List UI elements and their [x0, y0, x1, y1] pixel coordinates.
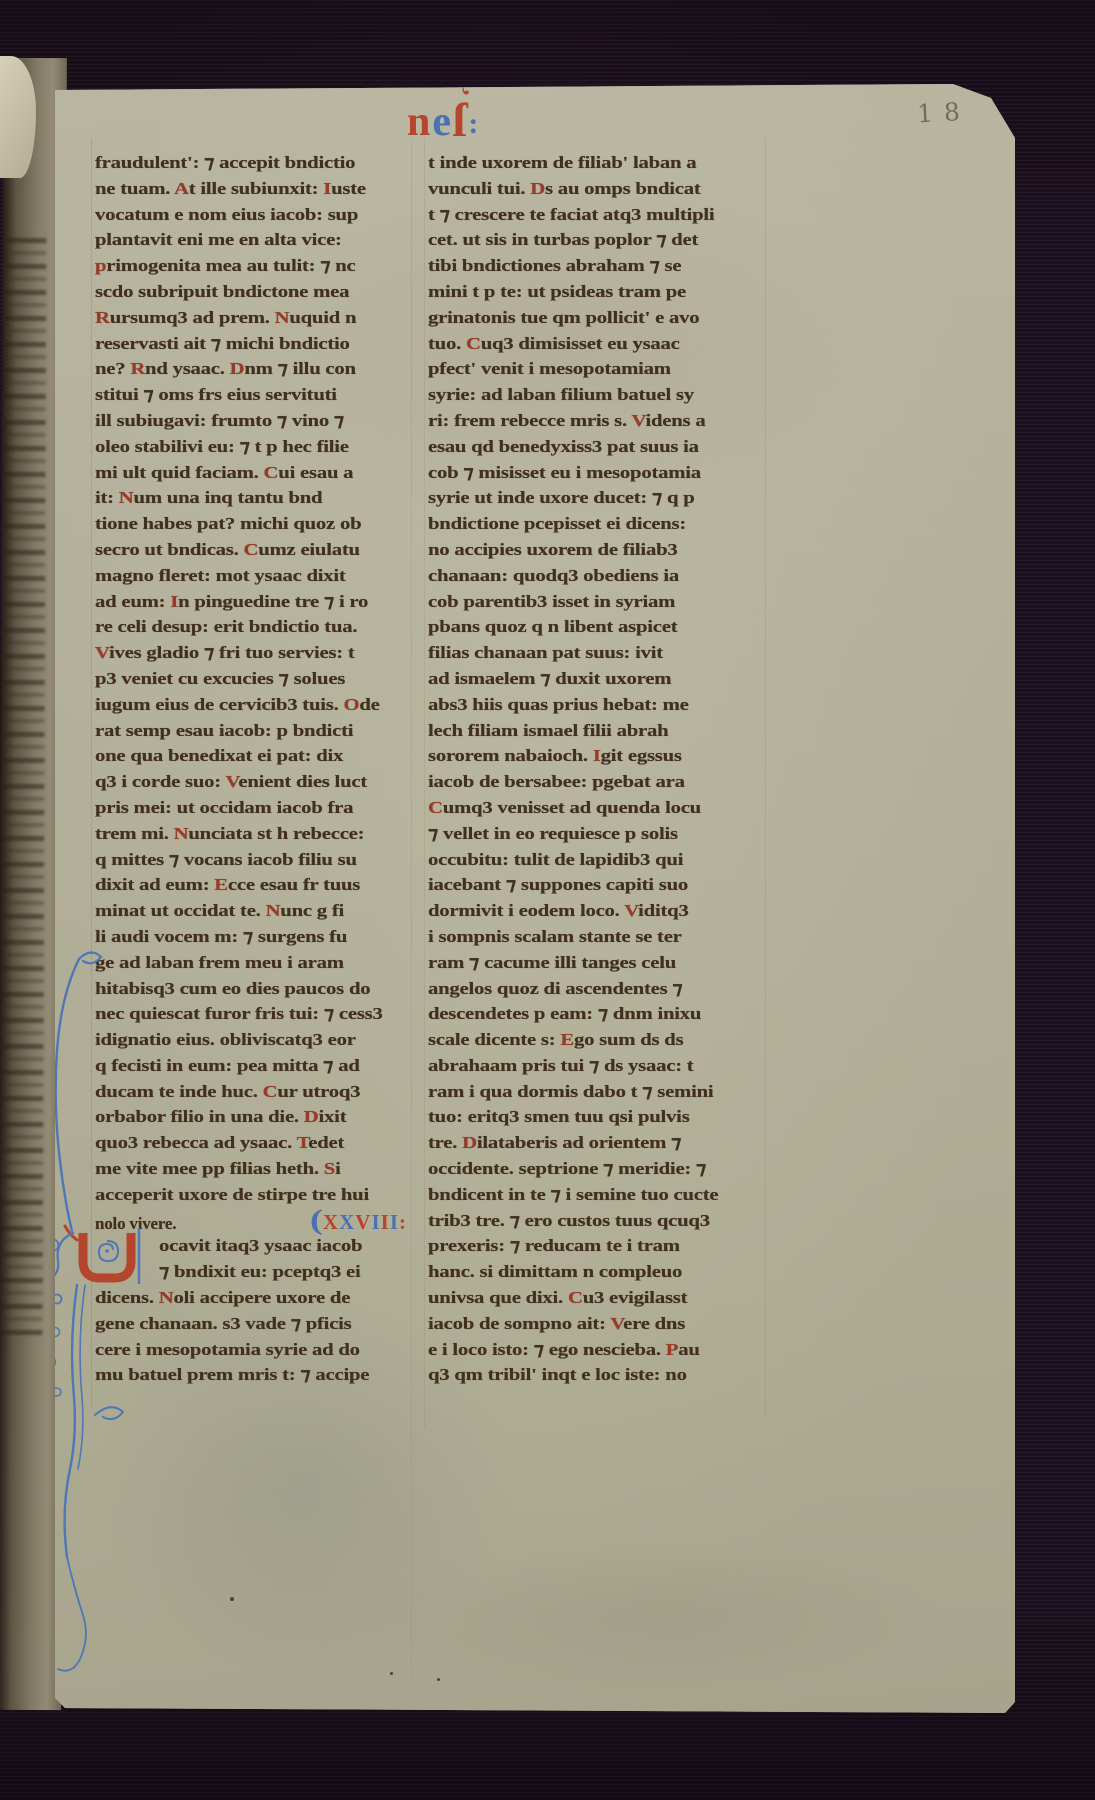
text-line: re celi desup: erit bndictio tua. [95, 614, 407, 640]
rubric-numeral-letter: I [381, 1210, 390, 1236]
text-line: filias chanaan pat suus: ivit [428, 640, 762, 666]
rubricated-versal: E [214, 875, 228, 894]
text-line: hanc. si dimittam n compleuo [428, 1259, 762, 1285]
text-line: scdo subripuit bndictone mea [95, 279, 407, 305]
text-line: angelos quoz di ascendentes ⁊ [428, 976, 762, 1002]
rubricated-versal: S [324, 1159, 335, 1178]
text-line: no accipies uxorem de filiab3 [428, 537, 762, 563]
text-line: trem mi. Nunciata st h rebecce: [95, 821, 407, 847]
ruling-line-gutter2 [424, 138, 425, 1428]
text-line: iacob de sompno ait: Vere dns [428, 1311, 762, 1337]
text-line: ad ismaelem ⁊ duxit uxorem [428, 666, 762, 692]
ink-speck [390, 1672, 393, 1675]
text-line: secro ut bndicas. Cumz eiulatu [95, 537, 407, 563]
text-line: e i loco isto: ⁊ ego nescieba. Pau [428, 1337, 762, 1363]
text-line: esau qd benedyxiss3 pat suus ia [428, 434, 762, 460]
ink-speck [437, 1678, 440, 1681]
text-line: ad eum: In pinguedine tre ⁊ i ro [95, 589, 407, 615]
running-title: neſ:’ [407, 90, 478, 142]
text-line: iugum eius de cervicib3 tuis. Ode [95, 692, 407, 718]
rubricated-versal: D [530, 179, 545, 198]
ruling-line-gutter [411, 138, 412, 1678]
rubricated-versal: C [243, 540, 258, 559]
rubricated-versal: T [297, 1133, 309, 1152]
text-line: t inde uxorem de filiab' laban a [428, 150, 762, 176]
text-line: tre. Dilataberis ad orientem ⁊ [428, 1130, 762, 1156]
text-line: occidente. septrione ⁊ meridie: ⁊ [428, 1156, 762, 1182]
text-line: one qua benedixat ei pat: dix [95, 743, 407, 769]
rubric-numeral-letter: V [355, 1210, 371, 1236]
rubricated-versal: V [632, 411, 646, 430]
text-line: vunculi tui. Ds au omps bndicat [428, 176, 762, 202]
text-line: mini t p te: ut psideas tram pe [428, 279, 762, 305]
rubricated-versal: V [95, 643, 109, 662]
text-line: tuo: eritq3 smen tuu qsi pulvis [428, 1104, 762, 1130]
text-line: pfect' venit i mesopotamiam [428, 356, 762, 382]
text-line: iacob de bersabee: pgebat ara [428, 769, 762, 795]
text-line: ri: frem rebecce mris s. Videns a [428, 408, 762, 434]
text-line: Cumq3 venisset ad quenda locu [428, 795, 762, 821]
rubricated-versal: D [230, 359, 245, 378]
text-line: rat semp esau iacob: p bndicti [95, 718, 407, 744]
text-line: syrie: ad laban filium batuel sy [428, 382, 762, 408]
folio-number: 18 [916, 97, 971, 129]
text-line: i sompnis scalam stante se ter [428, 924, 762, 950]
text-line: oleo stabilivi eu: ⁊ t p hec filie [95, 434, 407, 460]
text-line: mi ult quid faciam. Cui esau a [95, 460, 407, 486]
rubricated-versal: I [593, 746, 601, 765]
text-line: pris mei: ut occidam iacob fra [95, 795, 407, 821]
text-line: tuo. Cuq3 dimisisset eu ysaac [428, 331, 762, 357]
running-title-letter: e [432, 102, 451, 142]
text-line: ram ⁊ cacume illi tanges celu [428, 950, 762, 976]
rubricated-versal: C [264, 463, 279, 482]
rubric-numeral-letter: X [339, 1210, 355, 1236]
text-line: Vives gladio ⁊ fri tuo servies: t [95, 640, 407, 666]
text-line: ne? Rnd ysaac. Dnm ⁊ illu con [95, 356, 407, 382]
text-line: ⁊ vellet in eo requiesce p solis [428, 821, 762, 847]
text-line: bndicent in te ⁊ i semine tuo cucte [428, 1182, 762, 1208]
text-line: syrie ut inde uxore ducet: ⁊ q p [428, 485, 762, 511]
text-line: cob parentib3 isset in syriam [428, 589, 762, 615]
text-line: ram i qua dormis dabo t ⁊ semini [428, 1079, 762, 1105]
text-line: ne tuam. At ille subiunxit: Iuste [95, 176, 407, 202]
ruling-line-right [765, 138, 766, 1418]
text-line: q3 i corde suo: Venient dies luct [95, 769, 407, 795]
text-line: dormivit i eodem loco. Viditq3 [428, 898, 762, 924]
text-line: abs3 hiis quas prius hebat: me [428, 692, 762, 718]
rubricated-versal: R [95, 308, 110, 327]
text-line: grinatonis tue qm pollicit' e avo [428, 305, 762, 331]
rubricated-versal: I [323, 179, 331, 198]
rubric-numeral-letter: X [323, 1210, 339, 1236]
text-line: fraudulent': ⁊ accepit bndictio [95, 150, 407, 176]
rubric-numeral-letter: I [390, 1210, 399, 1236]
rubric-numeral-letter: : [399, 1210, 407, 1236]
rubricated-versal: E [560, 1030, 574, 1049]
text-line: cet. ut sis in turbas poplor ⁊ det [428, 227, 762, 253]
rubric-paraph-mark: ( [310, 1208, 324, 1234]
text-line: chanaan: quodq3 obediens ia [428, 563, 762, 589]
rubricated-versal: N [174, 824, 189, 843]
text-line: cob ⁊ misisset eu i mesopotamia [428, 460, 762, 486]
underpage-text-showthrough [0, 238, 46, 1338]
text-line: p3 veniet cu excucies ⁊ solues [95, 666, 407, 692]
rubricated-versal: D [462, 1133, 477, 1152]
rubricated-versal: V [610, 1314, 623, 1333]
text-line: it: Num una inq tantu bnd [95, 485, 407, 511]
running-title-letter: : [468, 106, 478, 142]
text-line: magno fleret: mot ysaac dixit [95, 563, 407, 589]
rubricated-versal: V [226, 772, 239, 791]
text-line: lech filiam ismael filii abrah [428, 718, 762, 744]
text-line: ill subiugavi: frumto ⁊ vino ⁊ [95, 408, 407, 434]
text-line: q3 qm tribil' inqt e loc iste: no [428, 1362, 762, 1388]
running-title-letter: ſ [453, 100, 466, 142]
text-line: univsa que dixi. Cu3 evigilasst [428, 1285, 762, 1311]
text-line: plantavit eni me en alta vice: [95, 227, 407, 253]
rubricated-versal: A [174, 179, 189, 198]
text-line: stitui ⁊ oms frs eius servituti [95, 382, 407, 408]
rubricated-versal: p [95, 256, 106, 275]
text-line: abrahaam pris tui ⁊ ds ysaac: t [428, 1053, 762, 1079]
rubricated-versal: R [130, 359, 145, 378]
text-line: primogenita mea au tulit: ⁊ nc [95, 253, 407, 279]
ink-speck [230, 1597, 234, 1601]
text-line: pbans quoz q n libent aspicet [428, 614, 762, 640]
text-line: t ⁊ crescere te faciat atq3 multipli [428, 202, 762, 228]
text-column-right: t inde uxorem de filiab' laban avunculi … [428, 150, 762, 1388]
text-line: trib3 tre. ⁊ ero custos tuus qcuq3 [428, 1208, 762, 1234]
text-line: descendetes p eam: ⁊ dnm inixu [428, 1001, 762, 1027]
rubricated-versal: C [466, 334, 481, 353]
text-line: dixit ad eum: Ecce esau fr tuus [95, 872, 407, 898]
rubric-numeral-letter: I [371, 1210, 380, 1236]
text-line: occubitu: tulit de lapidib3 qui [428, 847, 762, 873]
rubricated-versal: C [428, 798, 443, 817]
rubricated-versal: I [170, 592, 178, 611]
running-title-letter: n [407, 102, 430, 142]
text-line: vocatum e nom eius iacob: sup [95, 202, 407, 228]
rubricated-versal: N [266, 901, 281, 920]
chapter-rubric: (XXVIII: [312, 1208, 407, 1236]
text-line: minat ut occidat te. Nunc g fi [95, 898, 407, 924]
text-line: sororem nabaioch. Igit egssus [428, 743, 762, 769]
text-line: q mittes ⁊ vocans iacob filiu su [95, 847, 407, 873]
text-line: prexeris: ⁊ reducam te i tram [428, 1233, 762, 1259]
rubricated-versal: P [666, 1340, 678, 1359]
rubricated-versal: N [275, 308, 290, 327]
manuscript-page: neſ:’ 18 fraudulent': ⁊ accepit bndictio… [55, 82, 1015, 1713]
rubricated-versal: N [119, 488, 134, 507]
text-line: tibi bndictiones abraham ⁊ se [428, 253, 762, 279]
text-line: iacebant ⁊ suppones capiti suo [428, 872, 762, 898]
text-line: reservasti ait ⁊ michi bndictio [95, 331, 407, 357]
rubricated-versal: V [624, 901, 638, 920]
text-line: bndictione pcepisset ei dicens: [428, 511, 762, 537]
text-line: tione habes pat? michi quoz ob [95, 511, 407, 537]
text-line: scale dicente s: Ego sum ds ds [428, 1027, 762, 1053]
rubricated-versal: O [343, 695, 359, 714]
rubricated-versal: C [263, 1082, 278, 1101]
rubricated-versal: C [568, 1288, 583, 1307]
rubricated-versal: D [304, 1107, 319, 1126]
text-line: Rursumq3 ad prem. Nuquid n [95, 305, 407, 331]
